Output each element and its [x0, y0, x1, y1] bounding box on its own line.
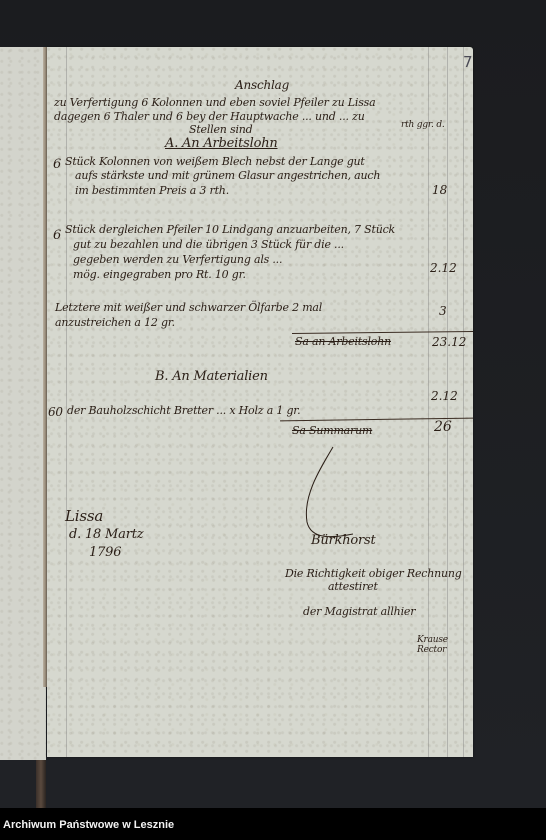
item-3-line-2: anzustreichen a 12 gr. — [55, 316, 175, 329]
scanned-document-image: 7 Anschlag zu Verfertigung 6 Kolonnen un… — [0, 0, 546, 808]
attestation-line-3: der Magistrat allhier — [303, 605, 415, 618]
item-1-amount: 18 — [432, 183, 447, 197]
item-2-amount: 2.12 — [430, 261, 457, 275]
item-2-line-2: gut zu bezahlen und die übrigen 3 Stück … — [73, 238, 344, 251]
attestation-line-1: Die Richtigkeit obiger Rechnung — [285, 567, 462, 580]
item-2-line-4: mög. eingegraben pro Rt. 10 gr. — [73, 268, 246, 281]
item-1-line-3: im bestimmten Preis a 3 rth. — [75, 184, 229, 197]
archive-caption-bar: Archiwum Państwowe w Lesznie — [0, 808, 546, 840]
margin-rule-left — [66, 47, 67, 757]
material-qty: 60 — [48, 405, 63, 419]
intro-line-2: dagegen 6 Thaler und 6 bey der Hauptwach… — [54, 110, 365, 123]
section-a-title: A. An Arbeitslohn — [165, 136, 278, 151]
date: d. 18 Martz — [69, 527, 143, 542]
grand-total: 26 — [434, 419, 452, 435]
binding-tail — [36, 760, 46, 808]
attestation-line-2: attestiret — [328, 580, 378, 593]
author-signature: Bürkhorst — [311, 533, 376, 548]
item-1-qty: 6 — [53, 157, 61, 172]
material-amount: 2.12 — [431, 389, 458, 403]
intro-line-3: Stellen sind — [189, 123, 252, 136]
left-page-edge — [0, 47, 46, 760]
item-1-line-1: Stück Kolonnen von weißem Blech nebst de… — [65, 155, 365, 168]
archive-name: Archiwum Państwowe w Lesznie — [3, 819, 174, 831]
material-line-1: der Bauholzschicht Bretter ... x Holz a … — [67, 404, 300, 417]
manuscript-page: 7 Anschlag zu Verfertigung 6 Kolonnen un… — [47, 47, 473, 757]
item-3-line-1: Letztere mit weißer und schwarzer Ölfarb… — [55, 301, 322, 314]
item-2-line-3: gegeben werden zu Verfertigung als ... — [73, 253, 282, 266]
year: 1796 — [89, 545, 121, 560]
place: Lissa — [65, 507, 103, 525]
subtotal-rule — [292, 331, 473, 334]
section-b-title: B. An Materialien — [155, 369, 268, 384]
official-signature: Krause Rector — [417, 635, 467, 655]
grand-total-label: Sa Summarum — [292, 424, 372, 437]
folio-number: 7 — [463, 53, 473, 71]
item-1-line-2: aufs stärkste und mit grünem Glasur ange… — [75, 169, 380, 182]
section-a-subtotal: 23.12 — [432, 335, 466, 349]
item-2-qty: 6 — [53, 228, 61, 243]
item-3-amount: 3 — [439, 304, 447, 318]
currency-header: rth ggr. d. — [401, 120, 445, 130]
item-2-line-1: Stück dergleichen Pfeiler 10 Lindgang an… — [65, 223, 395, 236]
document-heading: Anschlag — [235, 78, 289, 92]
section-a-subtotal-label: Sa an Arbeitslohn — [295, 335, 391, 348]
intro-line-1: zu Verfertigung 6 Kolonnen und eben sovi… — [54, 96, 375, 109]
